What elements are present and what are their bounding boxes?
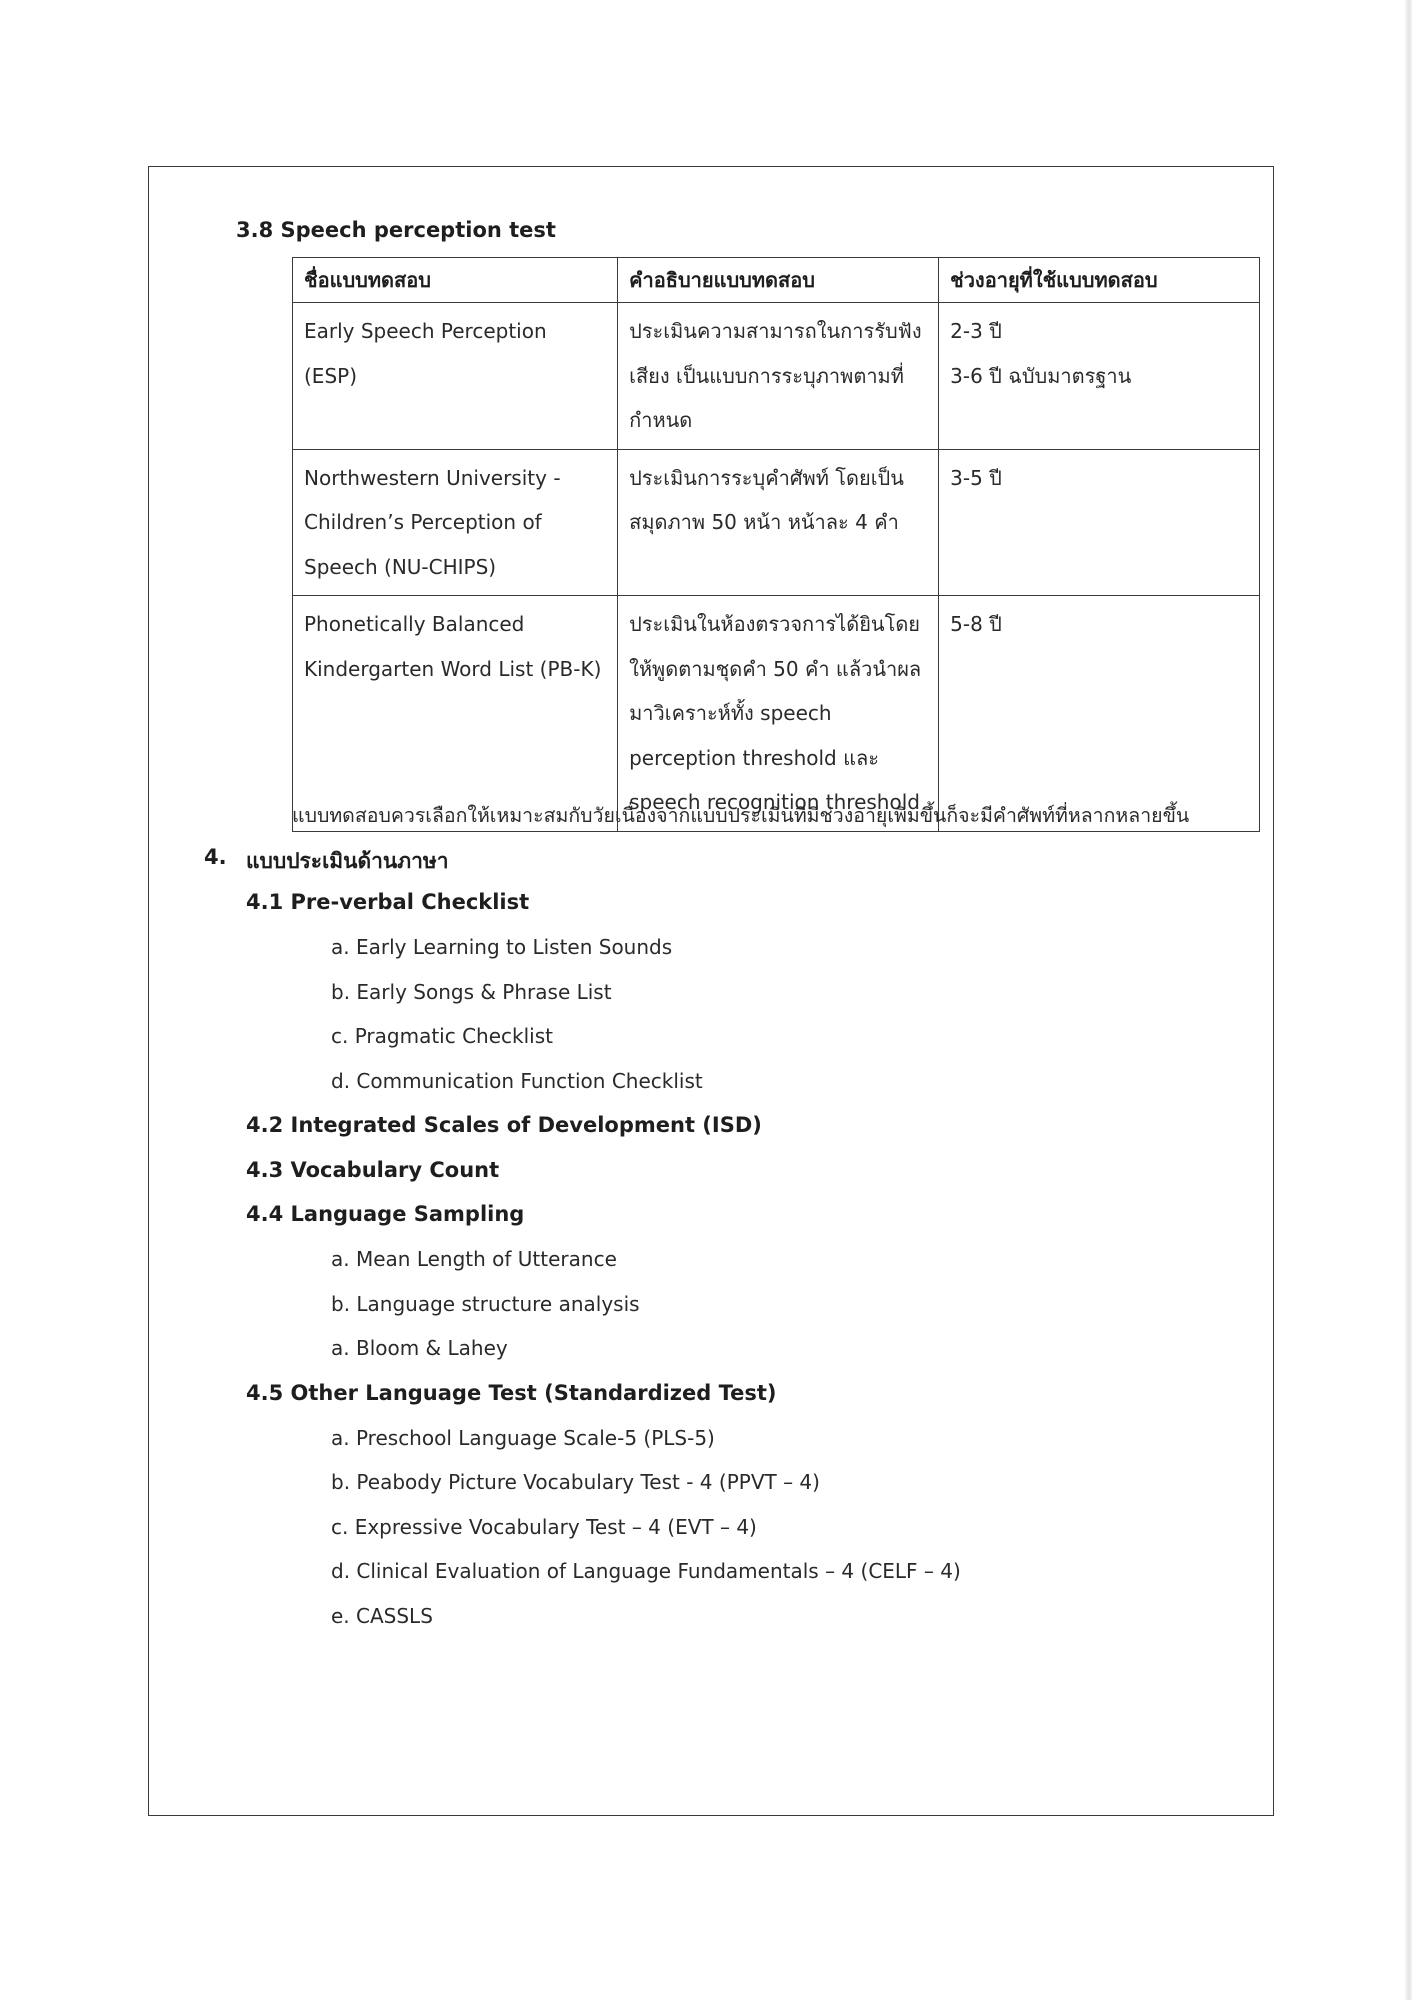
subsection-4-1-heading: 4.1 Pre-verbal Checklist (246, 890, 529, 914)
age-range-cell: 3-5 ปี (939, 449, 1260, 596)
test-name-cell: Northwestern University - Children’s Per… (293, 449, 618, 596)
subsection-4-2-heading: 4.2 Integrated Scales of Development (IS… (246, 1113, 762, 1137)
section-4-title: แบบประเมินด้านภาษา (246, 845, 449, 878)
age-range-cell: 5-8 ปี (939, 596, 1260, 832)
list-item: b. Language structure analysis (331, 1292, 640, 1316)
table-header-row: ชื่อแบบทดสอบ คำอธิบายแบบทดสอบ ช่วงอายุที… (293, 258, 1260, 303)
table-row: Early Speech Perception (ESP) ประเมินควา… (293, 303, 1260, 450)
table-note: แบบทดสอบควรเลือกให้เหมาะสมกับวัยเนื่องจา… (292, 800, 1189, 831)
test-description-cell: ประเมินความสามารถในการรับฟัง เสียง เป็นแ… (618, 303, 939, 450)
list-item: a. Early Learning to Listen Sounds (331, 935, 672, 959)
speech-perception-table: ชื่อแบบทดสอบ คำอธิบายแบบทดสอบ ช่วงอายุที… (292, 257, 1260, 832)
list-item: c. Pragmatic Checklist (331, 1024, 553, 1048)
list-item: b. Peabody Picture Vocabulary Test - 4 (… (331, 1470, 820, 1494)
test-description-cell: ประเมินในห้องตรวจการได้ยินโดย ให้พูดตามช… (618, 596, 939, 832)
header-age-range: ช่วงอายุที่ใช้แบบทดสอบ (939, 258, 1260, 303)
list-item: c. Expressive Vocabulary Test – 4 (EVT –… (331, 1515, 757, 1539)
subsection-4-4-heading: 4.4 Language Sampling (246, 1202, 524, 1226)
age-range-cell: 2-3 ปี 3-6 ปี ฉบับมาตรฐาน (939, 303, 1260, 450)
test-description-cell: ประเมินการระบุคำศัพท์ โดยเป็น สมุดภาพ 50… (618, 449, 939, 596)
table-row: Phonetically Balanced Kindergarten Word … (293, 596, 1260, 832)
subsection-4-3-heading: 4.3 Vocabulary Count (246, 1158, 499, 1182)
header-test-description: คำอธิบายแบบทดสอบ (618, 258, 939, 303)
section-3-8-heading: 3.8 Speech perception test (236, 218, 556, 242)
list-item: b. Early Songs & Phrase List (331, 980, 612, 1004)
list-item: d. Clinical Evaluation of Language Funda… (331, 1559, 961, 1583)
test-name-cell: Phonetically Balanced Kindergarten Word … (293, 596, 618, 832)
list-item: a. Preschool Language Scale-5 (PLS-5) (331, 1426, 715, 1450)
subsection-4-5-heading: 4.5 Other Language Test (Standardized Te… (246, 1381, 777, 1405)
list-item: a. Mean Length of Utterance (331, 1247, 617, 1271)
list-item: e. CASSLS (331, 1604, 433, 1628)
section-4-number: 4. (204, 845, 227, 869)
list-item: a. Bloom & Lahey (331, 1336, 508, 1360)
scan-edge-shadow (1404, 0, 1412, 2000)
list-item: d. Communication Function Checklist (331, 1069, 703, 1093)
table-row: Northwestern University - Children’s Per… (293, 449, 1260, 596)
header-test-name: ชื่อแบบทดสอบ (293, 258, 618, 303)
test-name-cell: Early Speech Perception (ESP) (293, 303, 618, 450)
